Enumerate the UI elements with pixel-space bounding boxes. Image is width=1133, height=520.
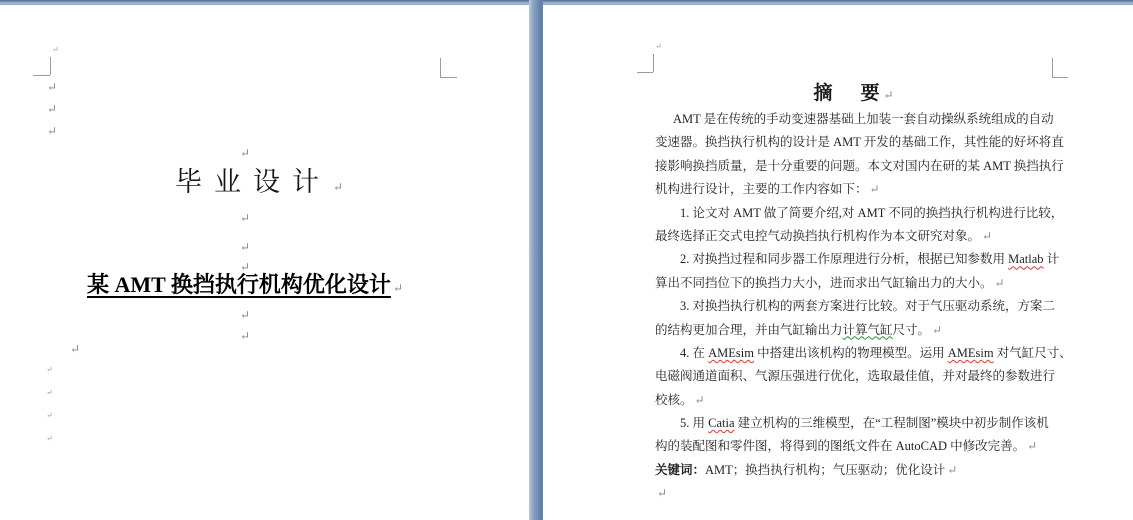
paragraph-mark-icon: ↵	[240, 211, 250, 225]
text-line[interactable]: 最终选择正交式电控气动换挡执行机构作为本文研究对象。↵	[655, 225, 1057, 248]
text-segment: 关键词：	[655, 463, 705, 477]
paragraph-mark-icon: ↵	[393, 281, 403, 295]
paragraph-mark-icon: ↵	[52, 46, 59, 54]
text-segment: 5. 用	[680, 416, 708, 430]
text-line[interactable]: 2. 对换挡过程和同步器工作原理进行分析，根据已知参数用 Matlab 计	[655, 248, 1057, 271]
grammar-flagged-text: 计算气缸	[843, 323, 893, 337]
text-segment: 2. 对换挡过程和同步器工作原理进行分析，根据已知参数用	[680, 252, 1008, 266]
text-line[interactable]: 构的装配图和零件图，将得到的图纸文件在 AutoCAD 中修改完善。↵	[655, 435, 1057, 458]
text-segment: 算出不同挡位下的换挡力大小，进而求出气缸输出力的大小。	[655, 276, 993, 290]
document-title: 毕业设计	[175, 167, 331, 197]
text-segment: 构的装配图和零件图，将得到的图纸文件在 AutoCAD 中修改完善。	[655, 439, 1025, 453]
paragraph-mark-icon: ↵	[932, 323, 942, 337]
text-segment: 3. 对换挡执行机构的两套方案进行比较。对于气压驱动系统，方案二	[680, 299, 1055, 313]
paragraph-mark-icon: ↵	[240, 240, 250, 254]
paragraph-mark-icon: ↵	[46, 435, 53, 443]
text-segment: 中搭建出该机构的物理模型。运用	[754, 346, 948, 360]
paragraph-mark-icon: ↵	[982, 229, 992, 243]
abstract-heading-line[interactable]: 摘要↵	[655, 78, 1052, 105]
text-line[interactable]: 校核。↵	[655, 389, 1057, 412]
spellcheck-flagged-word: AMEsim	[948, 346, 994, 360]
empty-paragraph[interactable]: ↵	[50, 327, 440, 345]
word-workspace: { "workspace": { "top_strip_color_dark":…	[0, 0, 1133, 520]
text-line[interactable]: 接影响换挡质量，是十分重要的问题。本文对国内在研的某 AMT 换挡执行	[655, 155, 1057, 178]
document-page-2[interactable]: ↵ 摘要↵ AMT 是在传统的手动变速器基础上加装一套自动操纵系统组成的自动变速…	[543, 5, 1133, 520]
paragraph-mark-icon: ↵	[47, 81, 57, 93]
text-segment: 尺寸。	[893, 323, 931, 337]
margin-crop-mark	[440, 58, 441, 77]
paragraph-mark-icon: ↵	[870, 182, 880, 196]
text-segment: 电磁阀通道面积、气源压强进行优化，选取最佳值，并对最终的参数进行	[655, 369, 1055, 383]
paragraph-mark-icon: ↵	[657, 486, 667, 500]
text-line[interactable]: 4. 在 AMEsim 中搭建出该机构的物理模型。运用 AMEsim 对气缸尺寸…	[655, 342, 1057, 365]
paragraph-mark-icon: ↵	[655, 43, 662, 51]
text-line[interactable]: 算出不同挡位下的换挡力大小，进而求出气缸输出力的大小。↵	[655, 272, 1057, 295]
paragraph-mark-icon: ↵	[46, 412, 53, 420]
paragraph-mark-icon: ↵	[240, 329, 250, 343]
paragraph-mark-icon: ↵	[883, 88, 893, 102]
paragraph-mark-icon: ↵	[1027, 439, 1037, 453]
paragraph-mark-icon: ↵	[70, 343, 80, 355]
text-line[interactable]: 的结构更加合理，并由气缸输出力计算气缸尺寸。↵	[655, 319, 1057, 342]
paragraph-mark-icon: ↵	[46, 389, 53, 397]
margin-crop-mark	[637, 72, 653, 73]
text-line[interactable]: 5. 用 Catia 建立机构的三维模型，在“工程制图”模块中初步制作该机	[655, 412, 1057, 435]
text-line[interactable]: AMT 是在传统的手动变速器基础上加装一套自动操纵系统组成的自动	[655, 108, 1057, 131]
empty-paragraph[interactable]: ↵	[50, 238, 440, 256]
margin-crop-mark	[1052, 77, 1068, 78]
document-page-1[interactable]: ↵ ↵ ↵ ↵ ↵ 毕业设计↵ ↵ ↵ ↵ 某 AMT 换挡执行机构优化设计↵ …	[0, 5, 529, 520]
margin-crop-mark	[653, 54, 654, 72]
abstract-heading: 摘要	[813, 83, 881, 104]
text-segment: AMT 是在传统的手动变速器基础上加装一套自动操纵系统组成的自动	[673, 112, 1054, 126]
paragraph-mark-icon: ↵	[240, 308, 250, 322]
paragraph-mark-icon: ↵	[47, 125, 57, 137]
text-segment: 接影响换挡质量，是十分重要的问题。本文对国内在研的某 AMT 换挡执行	[655, 159, 1064, 173]
text-line[interactable]: 关键词：AMT；换挡执行机构；气压驱动；优化设计↵	[655, 459, 1057, 482]
text-segment: 1. 论文对 AMT 做了简要介绍,对 AMT 不同的换挡执行机构进行比较，	[680, 206, 1063, 220]
paragraph-mark-icon: ↵	[995, 276, 1005, 290]
text-line[interactable]: 机构进行设计，主要的工作内容如下：↵	[655, 178, 1057, 201]
text-segment: 最终选择正交式电控气动换挡执行机构作为本文研究对象。	[655, 229, 980, 243]
text-segment: 建立机构的三维模型，在“工程制图”模块中初步制作该机	[735, 416, 1049, 430]
abstract-body[interactable]: AMT 是在传统的手动变速器基础上加装一套自动操纵系统组成的自动变速器。换挡执行…	[655, 108, 1057, 506]
spellcheck-flagged-word: Catia	[708, 416, 734, 430]
title-line[interactable]: 毕业设计↵	[64, 160, 454, 199]
text-segment: 4. 在	[680, 346, 708, 360]
text-segment: AMT；换挡执行机构；气压驱动；优化设计	[705, 463, 945, 477]
text-segment: 计	[1044, 252, 1060, 266]
paragraph-mark-icon: ↵	[695, 393, 705, 407]
text-segment: 机构进行设计，主要的工作内容如下：	[655, 182, 868, 196]
paragraph-mark-icon: ↵	[47, 103, 57, 115]
text-line[interactable]: 电磁阀通道面积、气源压强进行优化，选取最佳值，并对最终的参数进行	[655, 365, 1057, 388]
margin-crop-mark	[50, 57, 51, 75]
text-line[interactable]: 变速器。换挡执行机构的设计是 AMT 开发的基础工作，其性能的好坏将直	[655, 131, 1057, 154]
margin-crop-mark	[33, 75, 50, 76]
text-segment: 对气缸尺寸、	[994, 346, 1072, 360]
text-line[interactable]: 1. 论文对 AMT 做了简要介绍,对 AMT 不同的换挡执行机构进行比较，	[655, 202, 1057, 225]
spellcheck-flagged-word: AMEsim	[708, 346, 754, 360]
text-line[interactable]: 3. 对换挡执行机构的两套方案进行比较。对于气压驱动系统，方案二	[655, 295, 1057, 318]
text-segment: 校核。	[655, 393, 693, 407]
margin-crop-mark	[1052, 58, 1053, 77]
paragraph-mark-icon: ↵	[947, 463, 957, 477]
text-line[interactable]: ↵	[655, 482, 1057, 505]
empty-paragraph[interactable]: ↵	[50, 306, 440, 324]
empty-paragraph[interactable]: ↵	[50, 209, 440, 227]
text-segment: 变速器。换挡执行机构的设计是 AMT 开发的基础工作，其性能的好坏将直	[655, 135, 1064, 149]
text-segment: 的结构更加合理，并由气缸输出力	[655, 323, 843, 337]
thesis-title: 某 AMT 换挡执行机构优化设计	[87, 272, 391, 297]
subtitle-line[interactable]: 某 AMT 换挡执行机构优化设计↵	[50, 268, 440, 299]
paragraph-mark-icon: ↵	[333, 180, 343, 194]
paragraph-mark-icon: ↵	[240, 146, 250, 160]
margin-crop-mark	[440, 77, 457, 78]
paragraph-mark-icon: ↵	[46, 366, 53, 374]
spellcheck-flagged-word: Matlab	[1008, 252, 1043, 266]
page-gap-divider	[529, 0, 543, 520]
